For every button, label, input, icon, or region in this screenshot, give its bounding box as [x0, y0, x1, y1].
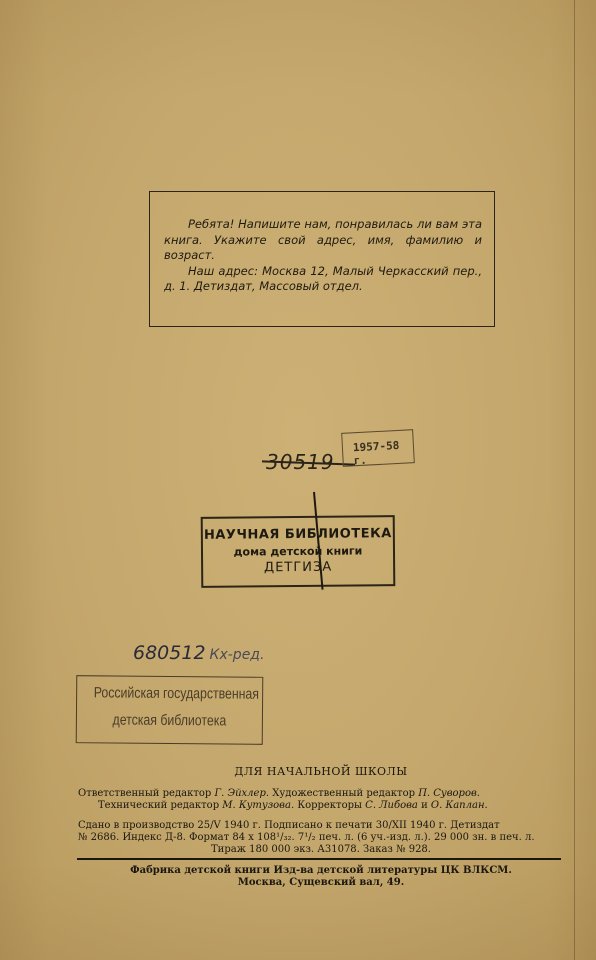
tech-editor-row: Технический редактор М. Кутузова. Коррек… [78, 800, 564, 812]
production-line-2: № 2686. Индекс Д-8. Формат 84 x 108¹/₃₂.… [78, 832, 564, 844]
production-line-1: Сдано в производство 25/V 1940 г. Подпис… [78, 820, 564, 832]
library-stamp-detgiz: НАУЧНАЯ БИБЛИОТЕКА дома детской книги ДЕ… [201, 515, 396, 588]
conjunction: и [421, 800, 428, 811]
printer-line-2: Москва, Сущевский вал, 49. [78, 877, 564, 889]
imprint-divider [77, 858, 561, 860]
notice-paragraph-2: Наш адрес: Москва 12, Малый Черкасский п… [164, 264, 482, 295]
rgdb-library-stamp: Российская государственная детская библи… [76, 675, 264, 745]
audience-heading: ДЛЯ НАЧАЛЬНОЙ ШКОЛЫ [78, 766, 564, 778]
reader-notice-box: Ребята! Напишите нам, понравилась ли вам… [149, 191, 495, 327]
tech-editor-label: Технический редактор [98, 800, 219, 811]
art-editor-name: П. Суворов. [418, 788, 480, 799]
printer-info: Фабрика детской книги Изд-ва детской лит… [78, 865, 564, 889]
tech-editor-name: М. Кутузова. [222, 800, 294, 811]
proofreader-2: О. Каплан. [431, 800, 488, 811]
production-line-3: Тираж 180 000 экз. А31078. Заказ № 928. [78, 844, 564, 856]
library-stamp-line1: НАУЧНАЯ БИБЛИОТЕКА [203, 526, 393, 543]
inventory-number: 680512Кх-ред. [133, 642, 264, 664]
year-stamp: 1957-58 г. [341, 429, 415, 467]
proofreaders-label: Корректоры [297, 800, 362, 811]
editors-row: Ответственный редактор Г. Эйхлер. Художе… [78, 788, 564, 800]
editor-label: Ответственный редактор [78, 788, 211, 799]
page-fold-crease [574, 0, 575, 960]
rgdb-stamp-line2: детская библиотека [93, 711, 245, 729]
inventory-number-value: 680512 [133, 642, 206, 664]
library-stamp-line3: ДЕТГИЗА [203, 559, 393, 576]
inventory-number-suffix: Кх-ред. [210, 647, 265, 663]
colophon-imprint: ДЛЯ НАЧАЛЬНОЙ ШКОЛЫ Ответственный редакт… [78, 766, 564, 856]
handwritten-crossed-number: 30519 [266, 450, 335, 474]
art-editor-label: Художественный редактор [272, 788, 415, 799]
proofreader-1: С. Либова [365, 800, 418, 811]
notice-paragraph-1: Ребята! Напишите нам, понравилась ли вам… [164, 217, 482, 264]
library-stamp-line2: дома детской книги [203, 544, 393, 559]
editor-name: Г. Эйхлер. [214, 788, 269, 799]
rgdb-stamp-line1: Российская государственная [94, 684, 246, 702]
printer-line-1: Фабрика детской книги Изд-ва детской лит… [78, 865, 564, 877]
